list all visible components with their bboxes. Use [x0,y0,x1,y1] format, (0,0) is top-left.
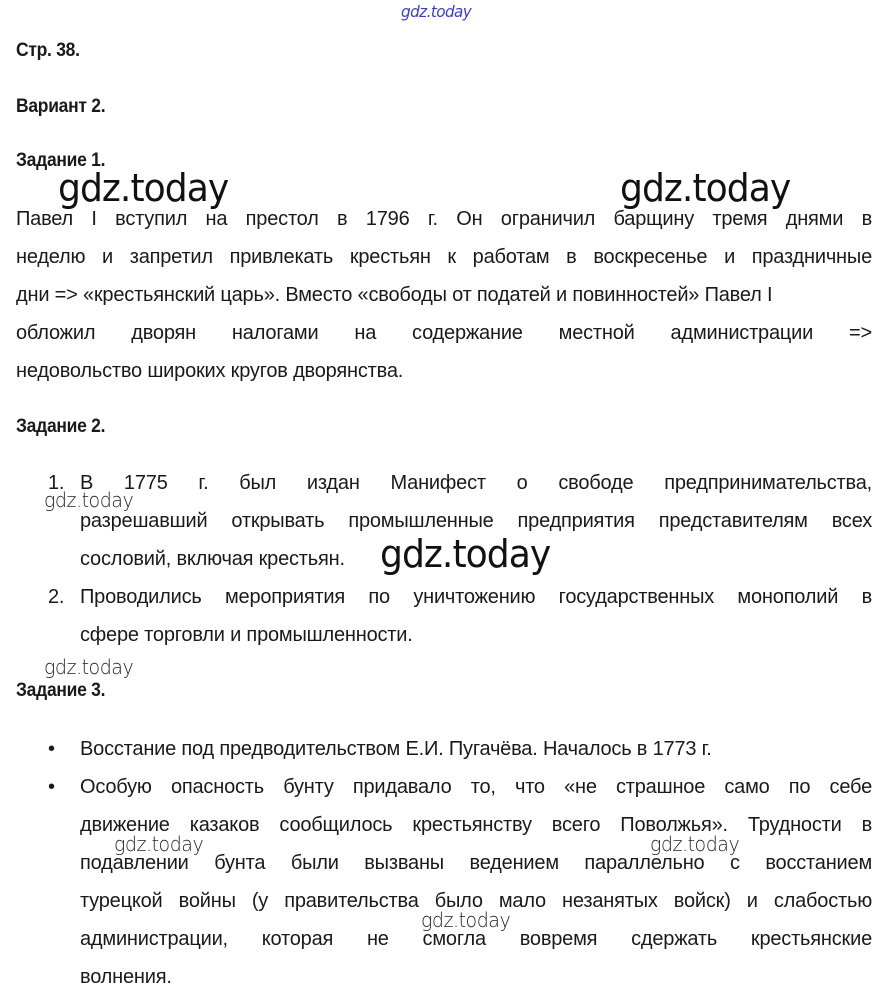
task-3-title: Задание 3. [16,680,105,702]
watermark: gdz.today [380,532,550,576]
paragraph-line: недовольство широких кругов дворянства. [16,352,872,390]
watermark: gdz.today [44,655,133,679]
list-item: • Восстание под предводительством Е.И. П… [16,730,872,768]
task-1-paragraph: Павел I вступил на престол в 1796 г. Он … [16,200,872,390]
variant-title: Вариант 2. [16,96,105,118]
watermark: gdz.today [58,166,228,210]
task-3-list: • Восстание под предводительством Е.И. П… [16,730,872,996]
watermark: gdz.today [44,488,133,512]
list-number: 2. [48,578,74,616]
list-line: В 1775 г. был издан Манифест о свободе п… [80,464,872,502]
list-item: • Особую опасность бунту придавало то, ч… [16,768,872,996]
list-line: Восстание под предводительством Е.И. Пуг… [80,730,872,768]
list-line: Особую опасность бунту придавало то, что… [80,768,872,806]
paragraph-line: дни => «крестьянский царь». Вместо «своб… [16,276,872,314]
watermark: gdz.today [620,166,790,210]
watermark: gdz.today [114,832,203,856]
watermark-top: gdz.today [401,2,471,21]
list-line: волнения. [80,958,872,996]
list-line: Проводились мероприятия по уничтожению г… [80,578,872,616]
task-2-title: Задание 2. [16,416,105,438]
paragraph-line: обложил дворян налогами на содержание ме… [16,314,872,352]
watermark: gdz.today [650,832,739,856]
watermark: gdz.today [421,908,510,932]
page-label: Стр. 38. [16,40,80,62]
bullet-icon: • [48,730,74,768]
list-line: сфере торговли и промышленности. [80,616,872,654]
list-item: 2. Проводились мероприятия по уничтожени… [16,578,872,654]
paragraph-line: неделю и запретил привлекать крестьян к … [16,238,872,276]
bullet-icon: • [48,768,74,806]
